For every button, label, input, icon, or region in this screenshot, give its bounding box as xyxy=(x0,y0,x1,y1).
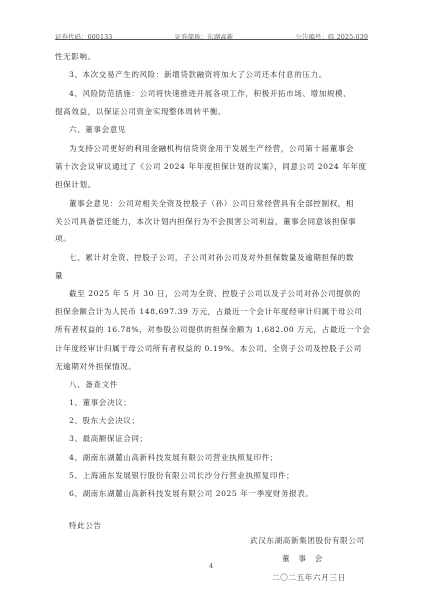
header-divider xyxy=(55,39,368,40)
list-item: 1、董事会决议； xyxy=(69,398,369,408)
list-item: 3、最高额保证合同； xyxy=(69,434,369,444)
body-line: 董事会意见：公司对相关全资及控股子（孙）公司日常经营具有全部控制权，相 xyxy=(69,199,369,209)
signature-board: 董 事 会 xyxy=(282,554,323,564)
body-line: 无逾期对外担保情况。 xyxy=(55,362,369,372)
section-heading: 量 xyxy=(55,271,369,281)
body-line: 第十次会议审议通过了《公司 2024 年年度担保计划的议案》，同意公司 2024… xyxy=(55,162,369,172)
list-item: 4、湖南东湖麓山高新科技发展有限公司营业执照复印件； xyxy=(69,453,369,463)
section-heading: 八、备查文件 xyxy=(69,380,369,390)
body-line: 项。 xyxy=(55,234,369,244)
body-line: 所有者权益的 16.78%，对参股公司提供的担保余额为 1,682.00 万元，… xyxy=(55,325,369,335)
body-line: 3、本次交易产生的风险：新增贷款融资将加大了公司还本付息的压力。 xyxy=(69,70,369,80)
body-line: 截至 2025 年 5 月 30 日，公司为全资、控股子公司以及子公司对孙公司提… xyxy=(69,289,369,299)
closing-text: 特此公告 xyxy=(69,521,369,531)
body-line: 4、风险防范措施：公司将快速推进开展各项工作，积极开拓市场、增加规模、 xyxy=(69,89,369,99)
page-number: 4 xyxy=(209,562,213,570)
document-page: 证券代码：600133 证券简称：东湖高新 公告编号：临 2025-039 性无… xyxy=(0,0,424,600)
body-line: 关公司具备偿还能力，本次计划内担保行为不会损害公司利益，董事会同意该担保事 xyxy=(55,217,369,227)
signature-company: 武汉东湖高新集团股份有限公司 xyxy=(250,536,365,546)
section-heading: 七、累计对全资、控股子公司，子公司对孙公司及对外担保数量及逾期担保的数 xyxy=(69,253,369,263)
body-line: 性无影响。 xyxy=(55,52,369,62)
body-line: 提高效益，以保证公司资金实现整体周转平衡。 xyxy=(55,107,369,117)
list-item: 5、上海浦东发展银行股份有限公司长沙分行营业执照复印件； xyxy=(69,471,369,481)
body-line: 担保计划。 xyxy=(55,180,369,190)
body-line: 为支持公司更好的利用金融机构信贷资金用于发展生产经营，公司第十届董事会 xyxy=(69,144,369,154)
body-line: 担保余额合计为人民币 148,697.39 万元，占最近一个会计年度经审计归属于… xyxy=(55,307,369,317)
list-item: 6、湖南东湖麓山高新科技发展有限公司 2025 年一季度财务报表。 xyxy=(69,489,369,499)
section-heading: 六、董事会意见 xyxy=(69,125,369,135)
list-item: 2、股东大会决议； xyxy=(69,416,369,426)
body-line: 计年度经审计归属于母公司所有者权益的 0.19%。本公司、全资子公司及控股子公司 xyxy=(55,344,369,354)
signature-date: 二〇二五年六月三日 xyxy=(272,573,346,583)
